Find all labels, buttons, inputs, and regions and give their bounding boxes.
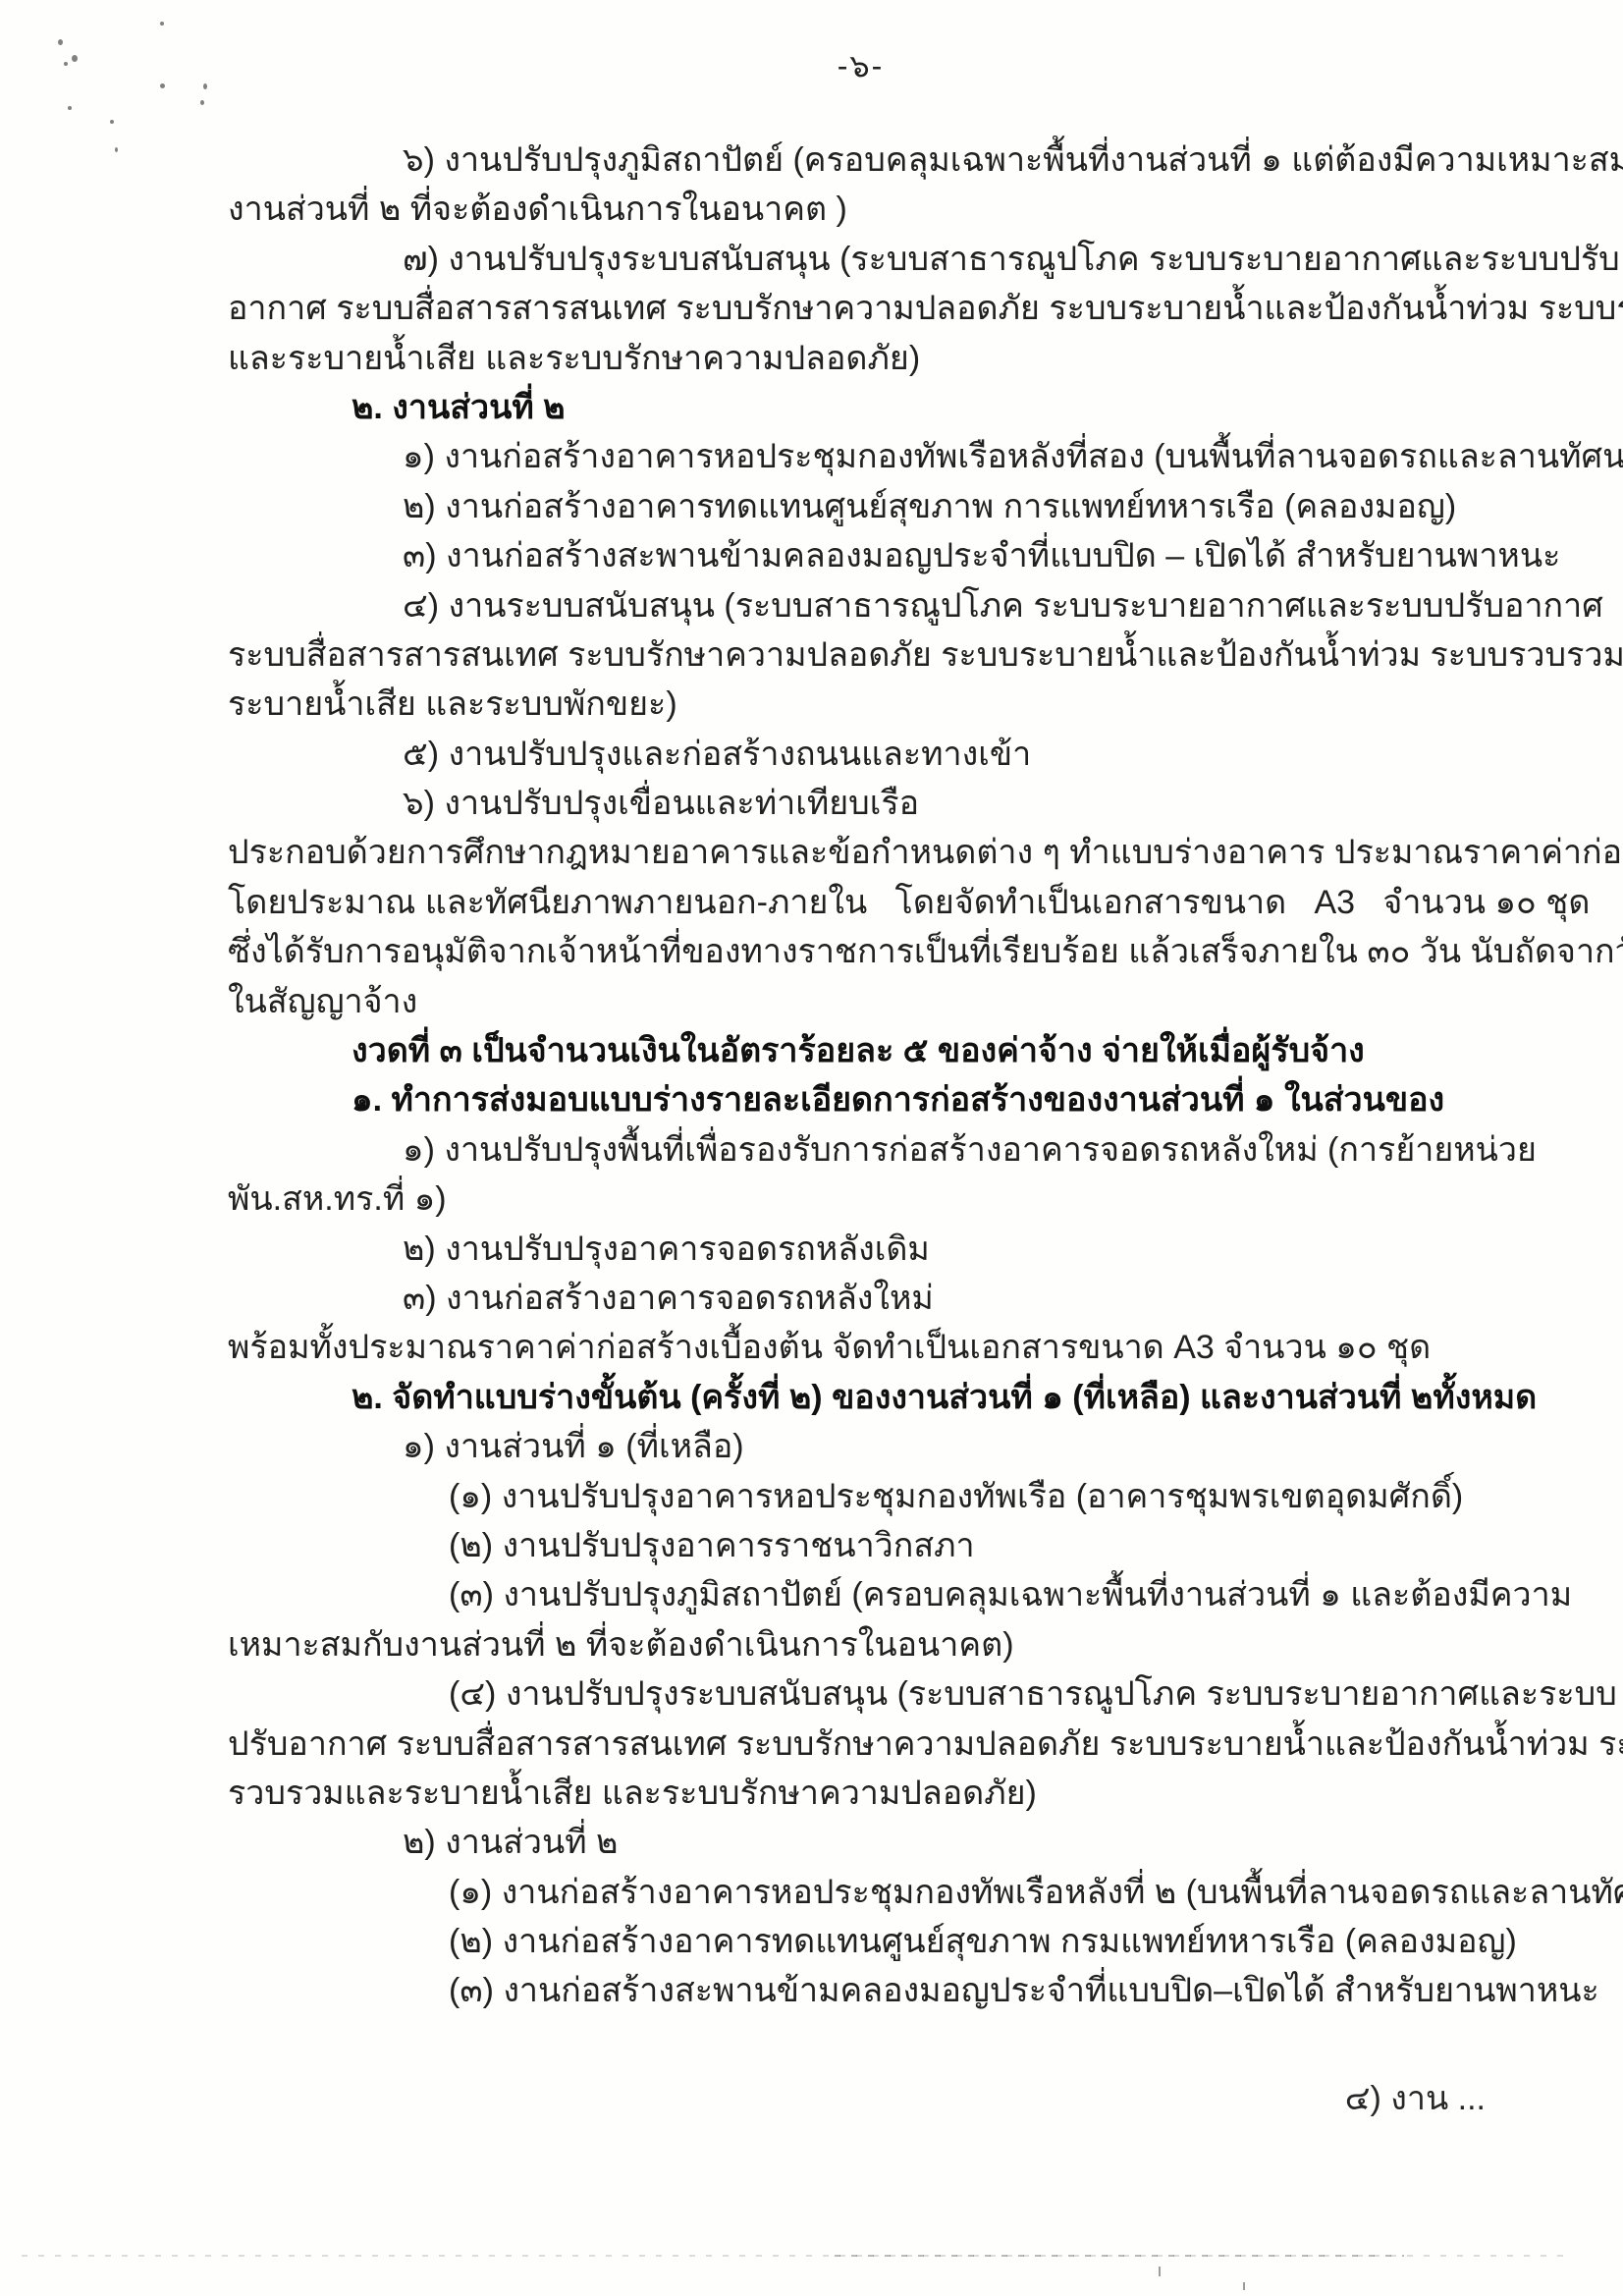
doc-line: (๑) งานก่อสร้างอาคารหอประชุมกองทัพเรือหล…	[228, 1868, 1504, 1917]
doc-line: (๓) งานก่อสร้างสะพานข้ามคลองมอญประจำที่แ…	[228, 1966, 1504, 2015]
doc-line: โดยประมาณ และทัศนียภาพภายนอก-ภายใน โดยจั…	[228, 878, 1504, 927]
doc-line: ๒) งานปรับปรุงอาคารจอดรถหลังเดิม	[228, 1225, 1504, 1274]
section-heading-line: งวดที่ ๓ เป็นจำนวนเงินในอัตราร้อยละ ๕ ขอ…	[228, 1026, 1504, 1075]
scan-speck	[160, 83, 165, 88]
doc-line: (๑) งานปรับปรุงอาคารหอประชุมกองทัพเรือ (…	[228, 1472, 1504, 1521]
doc-line: พัน.สห.ทร.ที่ ๑)	[228, 1175, 1504, 1224]
scan-speck	[64, 62, 68, 66]
doc-line: (๔) งานปรับปรุงระบบสนับสนุน (ระบบสาธารณู…	[228, 1669, 1504, 1719]
doc-line: ๗) งานปรับปรุงระบบสนับสนุน (ระบบสาธารณูป…	[228, 235, 1504, 284]
doc-line: ซึ่งได้รับการอนุมัติจากเจ้าหน้าที่ของทาง…	[228, 927, 1504, 976]
doc-line: ๑) งานก่อสร้างอาคารหอประชุมกองทัพเรือหลั…	[228, 432, 1504, 481]
next-page-catchword: ๔) งาน ...	[1345, 2074, 1486, 2123]
doc-line: ในสัญญาจ้าง	[228, 977, 1504, 1026]
section-heading-line: ๑. ทำการส่งมอบแบบร่างรายละเอียดการก่อสร้…	[228, 1075, 1504, 1124]
doc-line: ๑) งานส่วนที่ ๑ (ที่เหลือ)	[228, 1422, 1504, 1471]
doc-line: (๒) งานก่อสร้างอาคารทดแทนศูนย์สุขภาพ กรม…	[228, 1917, 1504, 1966]
doc-line: (๒) งานปรับปรุงอาคารราชนาวิกสภา	[228, 1521, 1504, 1570]
doc-line: (๓) งานปรับปรุงภูมิสถาปัตย์ (ครอบคลุมเฉพ…	[228, 1570, 1504, 1619]
doc-line: ๓) งานก่อสร้างอาคารจอดรถหลังใหม่	[228, 1274, 1504, 1323]
scan-speck	[160, 22, 164, 26]
doc-line: ปรับอากาศ ระบบสื่อสารสารสนเทศ ระบบรักษาค…	[228, 1720, 1504, 1769]
doc-line: ๒) งานก่อสร้างอาคารทดแทนศูนย์สุขภาพ การแ…	[228, 482, 1504, 531]
doc-line: ๔) งานระบบสนับสนุน (ระบบสาธารณูปโภค ระบบ…	[228, 581, 1504, 630]
doc-line: พร้อมทั้งประมาณราคาค่าก่อสร้างเบื้องต้น …	[228, 1323, 1504, 1372]
doc-line: ๖) งานปรับปรุงเขื่อนและท่าเทียบเรือ	[228, 779, 1504, 828]
scan-speck	[203, 83, 207, 89]
scan-streak	[835, 2255, 1404, 2257]
doc-line: ประกอบด้วยการศึกษากฎหมายอาคารและข้อกำหนด…	[228, 828, 1504, 877]
section-heading-line: ๒. จัดทำแบบร่างขั้นต้น (ครั้งที่ ๒) ของง…	[228, 1373, 1504, 1422]
scan-speck	[58, 39, 63, 45]
scan-tick	[1159, 2267, 1161, 2276]
doc-line: ระบบสื่อสารสารสนเทศ ระบบรักษาความปลอดภัย…	[228, 630, 1504, 680]
doc-line: ๑) งานปรับปรุงพื้นที่เพื่อรองรับการก่อสร…	[228, 1125, 1504, 1175]
scan-speck	[110, 120, 114, 124]
scan-speck	[72, 55, 78, 62]
doc-line: รวบรวมและระบายน้ำเสีย และระบบรักษาความปล…	[228, 1769, 1504, 1818]
doc-line: งานส่วนที่ ๒ ที่จะต้องดำเนินการในอนาคต )	[228, 185, 1504, 234]
doc-line: เหมาะสมกับงานส่วนที่ ๒ ที่จะต้องดำเนินกา…	[228, 1620, 1504, 1669]
scan-speck	[200, 100, 204, 105]
doc-line: ๕) งานปรับปรุงและก่อสร้างถนนและทางเข้า	[228, 730, 1504, 779]
doc-line: อากาศ ระบบสื่อสารสารสนเทศ ระบบรักษาความป…	[228, 284, 1504, 333]
page-number: -๖-	[49, 41, 1623, 91]
scan-speck	[115, 147, 118, 152]
scan-tick	[1243, 2282, 1245, 2290]
scanned-document-page: -๖- ๖) งานปรับปรุงภูมิสถาปัตย์ (ครอบคลุม…	[0, 0, 1623, 2296]
doc-line: ๓) งานก่อสร้างสะพานข้ามคลองมอญประจำที่แบ…	[228, 531, 1504, 580]
document-body: ๖) งานปรับปรุงภูมิสถาปัตย์ (ครอบคลุมเฉพา…	[228, 136, 1504, 2016]
scan-speck	[68, 106, 72, 110]
doc-line: และระบายน้ำเสีย และระบบรักษาความปลอดภัย)	[228, 334, 1504, 383]
doc-line: ๖) งานปรับปรุงภูมิสถาปัตย์ (ครอบคลุมเฉพา…	[228, 136, 1504, 185]
doc-line: ระบายน้ำเสีย และระบบพักขยะ)	[228, 680, 1504, 729]
doc-line: ๒) งานส่วนที่ ๒	[228, 1818, 1504, 1867]
section-heading-line: ๒. งานส่วนที่ ๒	[228, 383, 1504, 432]
